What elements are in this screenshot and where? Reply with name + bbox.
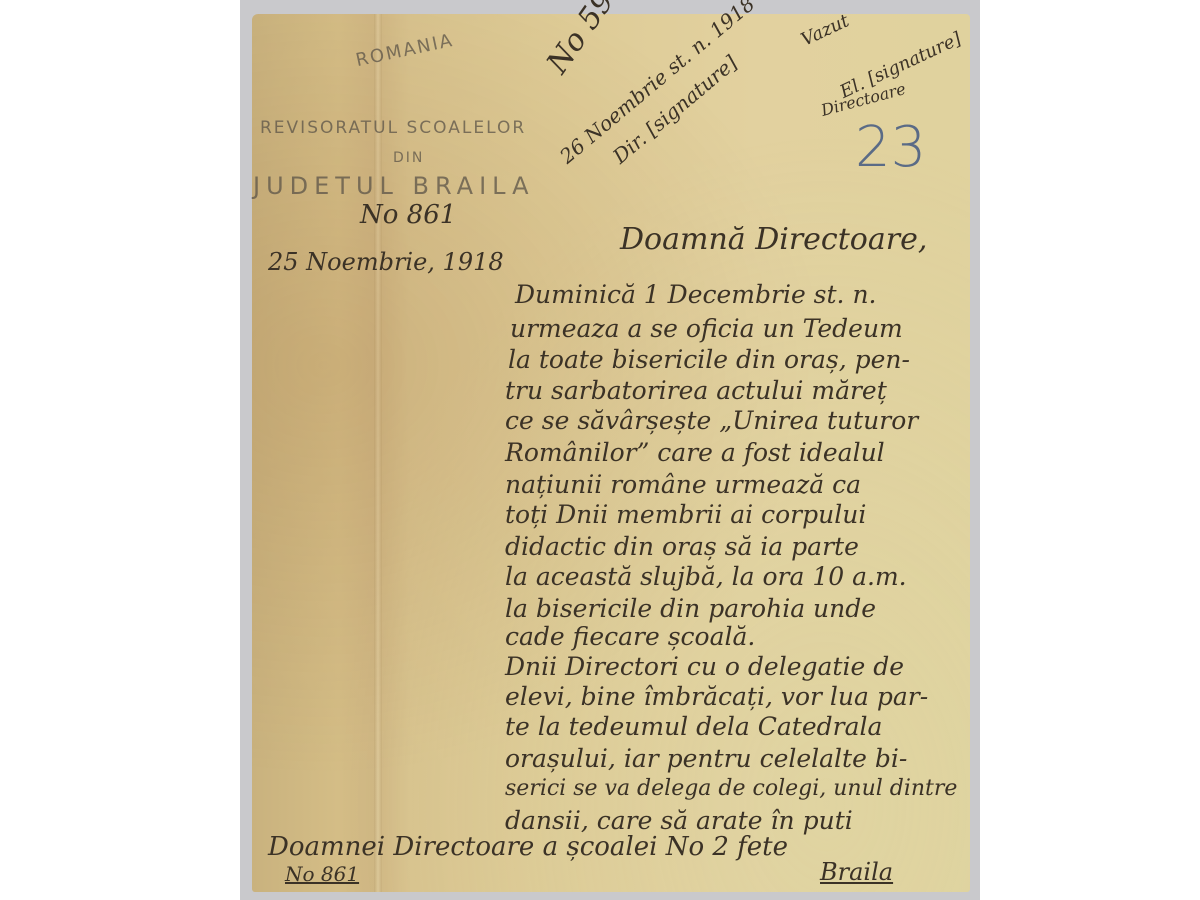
body-line: la această slujbă, la ora 10 a.m. (505, 562, 907, 591)
body-line: la bisericile din parohia unde (505, 594, 876, 623)
page-number: 23 (855, 115, 926, 180)
paper-fold (374, 14, 382, 892)
stamp-office-line1: REVISORATUL SCOALELOR (260, 118, 526, 138)
salutation: Doamnă Directoare, (620, 222, 927, 257)
body-line: dansii, care să arate în puti (505, 806, 853, 835)
body-line: elevi, bine îmbrăcați, vor lua par- (505, 682, 928, 711)
place: Braila (820, 858, 893, 886)
stamp-office-line2: DIN (393, 150, 424, 166)
body-line: tru sarbatorirea actului măreț (505, 376, 887, 405)
body-line: urmeaza a se oficia un Tedeum (510, 314, 903, 343)
stamp-date: 25 Noembrie, 1918 (268, 248, 504, 276)
body-line: Românilor” care a fost idealul (505, 438, 885, 467)
body-line: cade fiecare școală. (505, 622, 755, 651)
body-line: toți Dnii membrii ai corpului (505, 500, 866, 529)
stamp-office-line3: JUDETUL BRAILA (253, 172, 535, 200)
body-line: te la tedeumul dela Catedrala (505, 712, 882, 741)
body-line: serici se va delega de colegi, unul dint… (505, 776, 957, 801)
body-line: Dnii Directori cu o delegatie de (505, 652, 904, 681)
addressee: Doamnei Directoare a școalei No 2 fete (268, 832, 788, 862)
body-line: națiunii române urmează ca (505, 470, 861, 499)
addressee-number: No 861 (285, 862, 359, 886)
body-line: ce se săvârșește „Unirea tuturor (505, 406, 918, 435)
body-line: didactic din oraș să ia parte (505, 532, 859, 561)
body-line: la toate bisericile din oraș, pen- (508, 345, 910, 374)
stamp-number: No 861 (360, 200, 456, 230)
body-line: orașului, iar pentru celelalte bi- (505, 744, 907, 773)
body-line: Duminică 1 Decembrie st. n. (515, 280, 877, 309)
